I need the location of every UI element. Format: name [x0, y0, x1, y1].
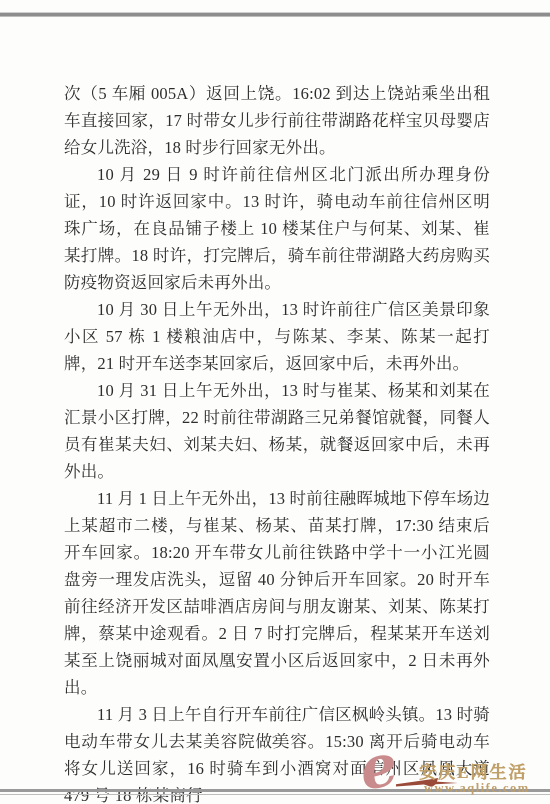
scanned-document-page: 次（5 车厢 005A）返回上饶。16:02 到达上饶站乘坐出租车直接回家，17…: [0, 0, 550, 804]
document-body: 次（5 车厢 005A）返回上饶。16:02 到达上饶站乘坐出租车直接回家，17…: [64, 80, 490, 804]
paragraph-itinerary-oct29: 10 月 29 日 9 时许前往信州区北门派出所办理身份证，10 时许返回家中。…: [64, 161, 490, 296]
paragraph-itinerary-oct30: 10 月 30 日上午无外出，13 时许前往广信区美景印象小区 57 栋 1 楼…: [64, 296, 490, 377]
watermark: e 安庆E网生活 www.aqlife.com: [358, 728, 550, 804]
watermark-site-name: 安庆E网生活: [419, 758, 527, 783]
watermark-site-url: www.aqlife.com: [424, 781, 530, 796]
paragraph-itinerary-nov1: 11 月 1 日上午无外出，13 时前往融晖城地下停车场边上某超市二楼，与崔某、…: [64, 485, 490, 701]
paragraph-itinerary-oct28-continuation: 次（5 车厢 005A）返回上饶。16:02 到达上饶站乘坐出租车直接回家，17…: [64, 80, 490, 161]
paragraph-itinerary-oct31: 10 月 31 日上午无外出，13 时与崔某、杨某和刘某在汇景小区打牌，22 时…: [64, 377, 490, 485]
watermark-e-logo-icon: e: [356, 739, 401, 795]
top-divider: [0, 12, 550, 17]
